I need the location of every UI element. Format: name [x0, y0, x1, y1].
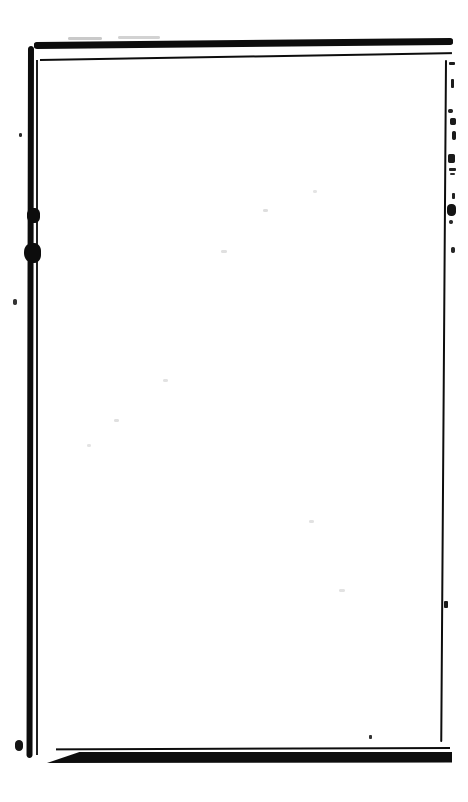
ink-mark-right-margin-5	[452, 131, 456, 140]
ink-mark-right-margin-6	[448, 154, 455, 163]
frame-bottom-rule-thick	[47, 752, 452, 763]
ink-tick-right-rule	[444, 601, 448, 608]
faint-speck-7	[309, 520, 314, 523]
faint-speck-4	[163, 379, 168, 382]
ink-mark-right-margin-2	[451, 79, 454, 88]
faint-speck-6	[87, 444, 91, 447]
ink-mark-right-margin-3	[448, 109, 453, 113]
smudge-top-edge-1	[68, 37, 102, 40]
ink-mark-right-margin-9	[452, 193, 455, 199]
ink-blob-right-margin	[447, 204, 456, 216]
ink-tick-left-margin	[13, 299, 17, 305]
ink-mark-right-margin-4	[450, 118, 456, 125]
faint-speck-8	[339, 589, 345, 592]
frame-left-rule	[27, 46, 34, 758]
smudge-top-edge-2	[118, 36, 160, 39]
ink-mark-right-margin-10	[449, 220, 453, 224]
ink-mark-right-margin-11	[451, 247, 455, 253]
frame-top-rule-thin	[40, 52, 452, 61]
faint-speck-1	[263, 209, 268, 212]
ink-dot-left-margin-upper	[19, 133, 22, 137]
faint-speck-3	[313, 190, 317, 193]
ink-dash-right-margin-1	[449, 62, 455, 65]
ink-mark-right-margin-8	[450, 173, 455, 175]
faint-speck-5	[114, 419, 119, 422]
frame-left-rule-blob	[27, 208, 40, 223]
scanned-page	[0, 0, 468, 802]
frame-bottom-rule-thin	[56, 747, 450, 750]
ink-blob-bottom-left	[15, 740, 23, 751]
frame-left-rule-inner	[36, 60, 38, 755]
frame-left-rule-blob	[24, 243, 41, 263]
frame-right-rule	[440, 60, 447, 742]
ink-speck-bottom	[369, 735, 372, 739]
ink-mark-right-margin-7	[449, 168, 456, 171]
faint-speck-2	[221, 250, 227, 253]
